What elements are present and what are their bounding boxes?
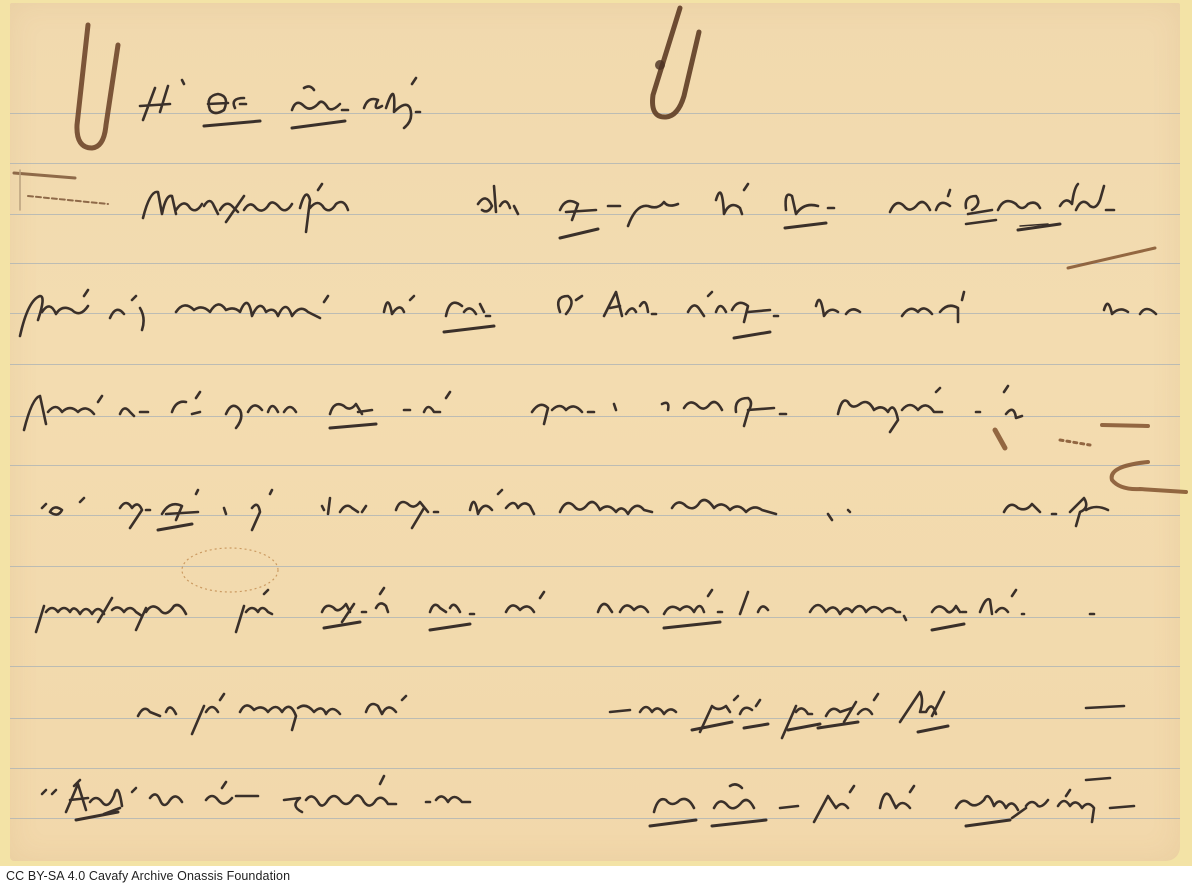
ruled-line	[10, 263, 1180, 264]
ruled-line	[10, 163, 1180, 164]
ruled-line	[10, 465, 1180, 466]
ruled-line	[10, 566, 1180, 567]
license-caption: CC BY-SA 4.0 Cavafy Archive Onassis Foun…	[6, 869, 290, 883]
ruled-line	[10, 416, 1180, 417]
ruled-line	[10, 718, 1180, 719]
ruled-line	[10, 364, 1180, 365]
ruled-line	[10, 818, 1180, 819]
ruled-line	[10, 113, 1180, 114]
ruled-line	[10, 617, 1180, 618]
ruled-line	[10, 768, 1180, 769]
ruled-line	[10, 313, 1180, 314]
ruled-line	[10, 515, 1180, 516]
ruled-paper-sheet	[10, 3, 1180, 861]
ruled-line	[10, 666, 1180, 667]
ruled-line	[10, 214, 1180, 215]
